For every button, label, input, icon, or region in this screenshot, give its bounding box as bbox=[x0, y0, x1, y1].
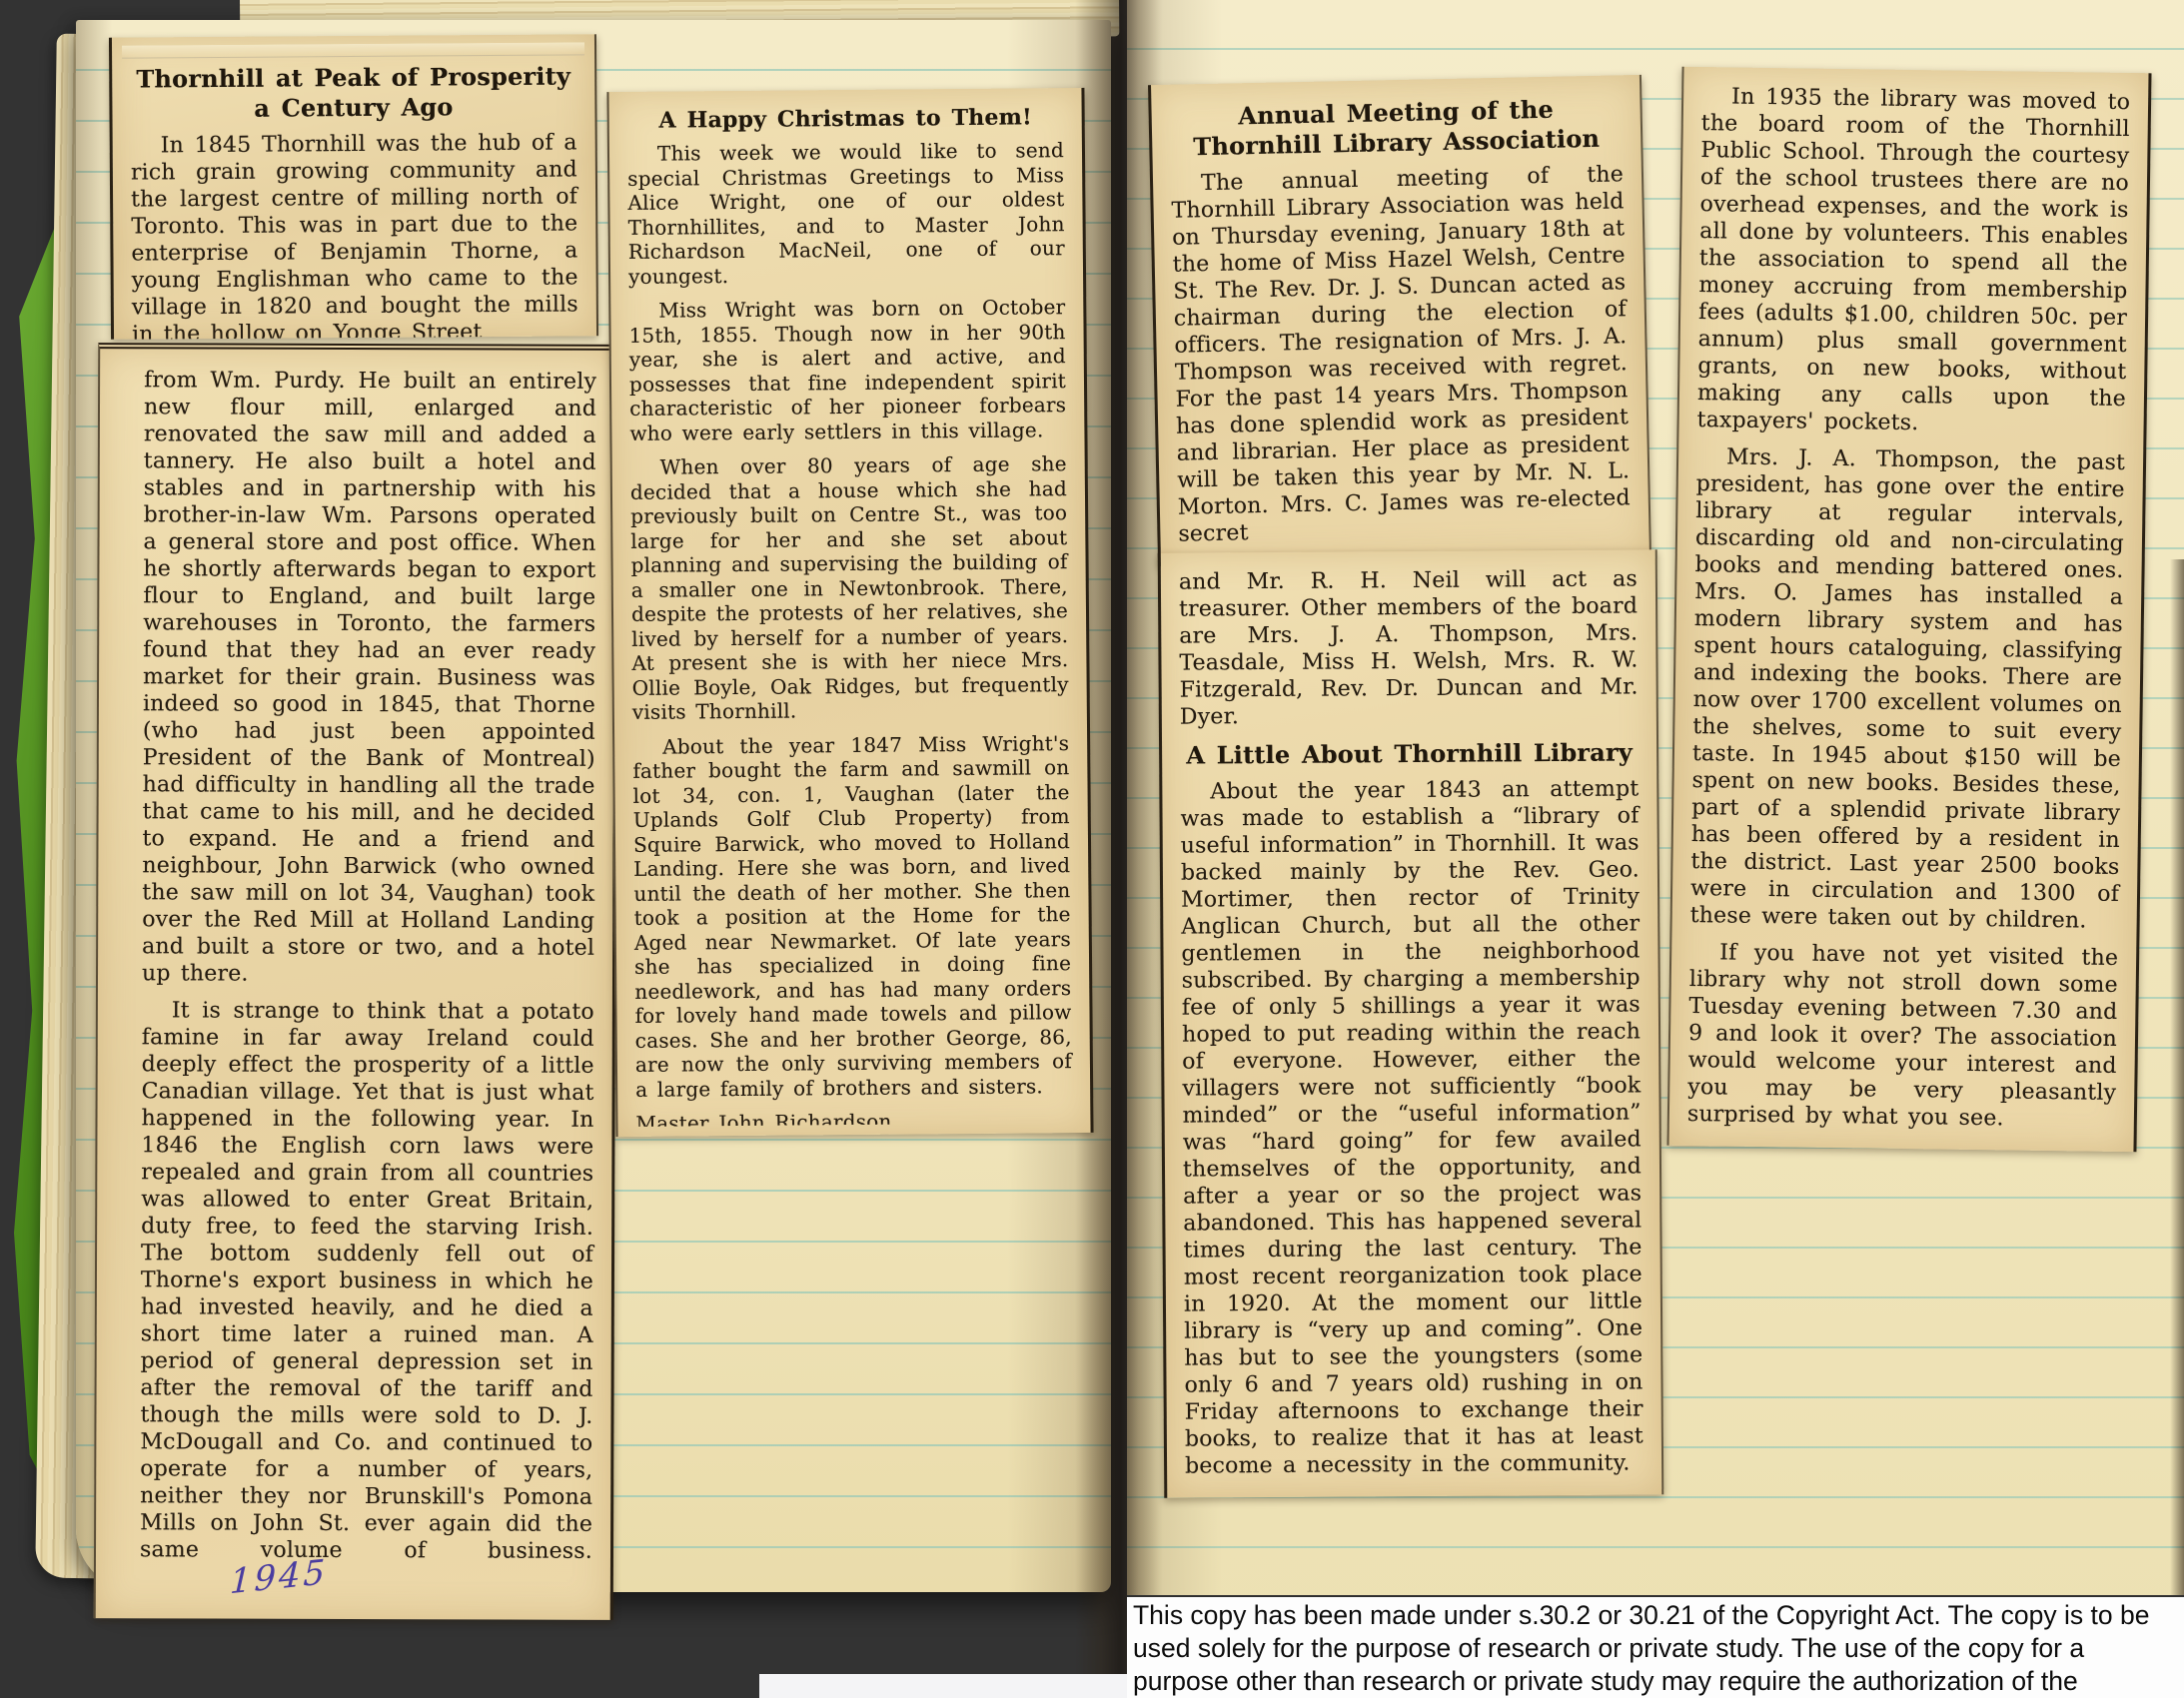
clipping-paragraph: In 1935 the library was moved to the boa… bbox=[1696, 83, 2130, 439]
clipping-annual-meeting: Annual Meeting of the Thornhill Library … bbox=[1148, 75, 1651, 566]
clipping-paragraph: The annual meeting of the Thornhill Libr… bbox=[1171, 161, 1632, 547]
clipping-title: A Happy Christmas to Them! bbox=[627, 104, 1064, 134]
clipping-cutoff-line: Master John Richardson bbox=[635, 1108, 1072, 1127]
copyright-notice: This copy has been made under s.30.2 or … bbox=[1127, 1595, 2184, 1698]
clipping-subtitle: A Little About Thornhill Library bbox=[1180, 737, 1638, 770]
clipping-prosperity-continued: from Wm. Purdy. He built an entirely new… bbox=[94, 343, 617, 1620]
clipping-paragraph: In 1845 Thornhill was the hub of a rich … bbox=[131, 129, 578, 339]
clipping-happy-christmas: A Happy Christmas to Them! This week we … bbox=[606, 88, 1093, 1137]
clipping-prosperity-headline: Thornhill at Peak of Prosperity a Centur… bbox=[109, 34, 598, 339]
clipping-paragraph: About the year 1847 Miss Wright's father… bbox=[632, 731, 1072, 1102]
clipping-paragraph-text: It is strange to think that a potato fam… bbox=[140, 998, 594, 1563]
scrapbook-scan: Thornhill at Peak of Prosperity a Centur… bbox=[0, 0, 2184, 1698]
clipping-paragraph: If you have not yet visited the library … bbox=[1687, 939, 2119, 1134]
clipping-paragraph: About the year 1843 an attempt was made … bbox=[1180, 775, 1643, 1479]
clipping-paragraph: and Mr. R. H. Neil will act as treasurer… bbox=[1179, 565, 1638, 730]
clipping-title: Thornhill at Peak of Prosperity a Centur… bbox=[130, 61, 576, 124]
torn-paper-edge bbox=[122, 42, 584, 58]
clipping-paragraph: Mrs. J. A. Thompson, the past president,… bbox=[1690, 443, 2126, 935]
clipping-paragraph: from Wm. Purdy. He built an entirely new… bbox=[142, 367, 596, 989]
clipping-paragraph: When over 80 years of age she decided th… bbox=[630, 451, 1069, 724]
clipping-title: Annual Meeting of the Thornhill Library … bbox=[1169, 93, 1623, 162]
clipping-paragraph: This week we would like to send special … bbox=[627, 138, 1065, 289]
clipping-library-1935: In 1935 the library was moved to the boa… bbox=[1666, 67, 2151, 1152]
clipping-board-and-library: and Mr. R. H. Neil will act as treasurer… bbox=[1158, 549, 1664, 1497]
clipping-paragraph: It is strange to think that a potato fam… bbox=[140, 997, 594, 1598]
clipping-paragraph: Miss Wright was born on October 15th, 18… bbox=[628, 295, 1066, 445]
handwritten-year: 1945 bbox=[200, 1557, 329, 1600]
page-right-edge-shadow bbox=[2170, 559, 2184, 1698]
